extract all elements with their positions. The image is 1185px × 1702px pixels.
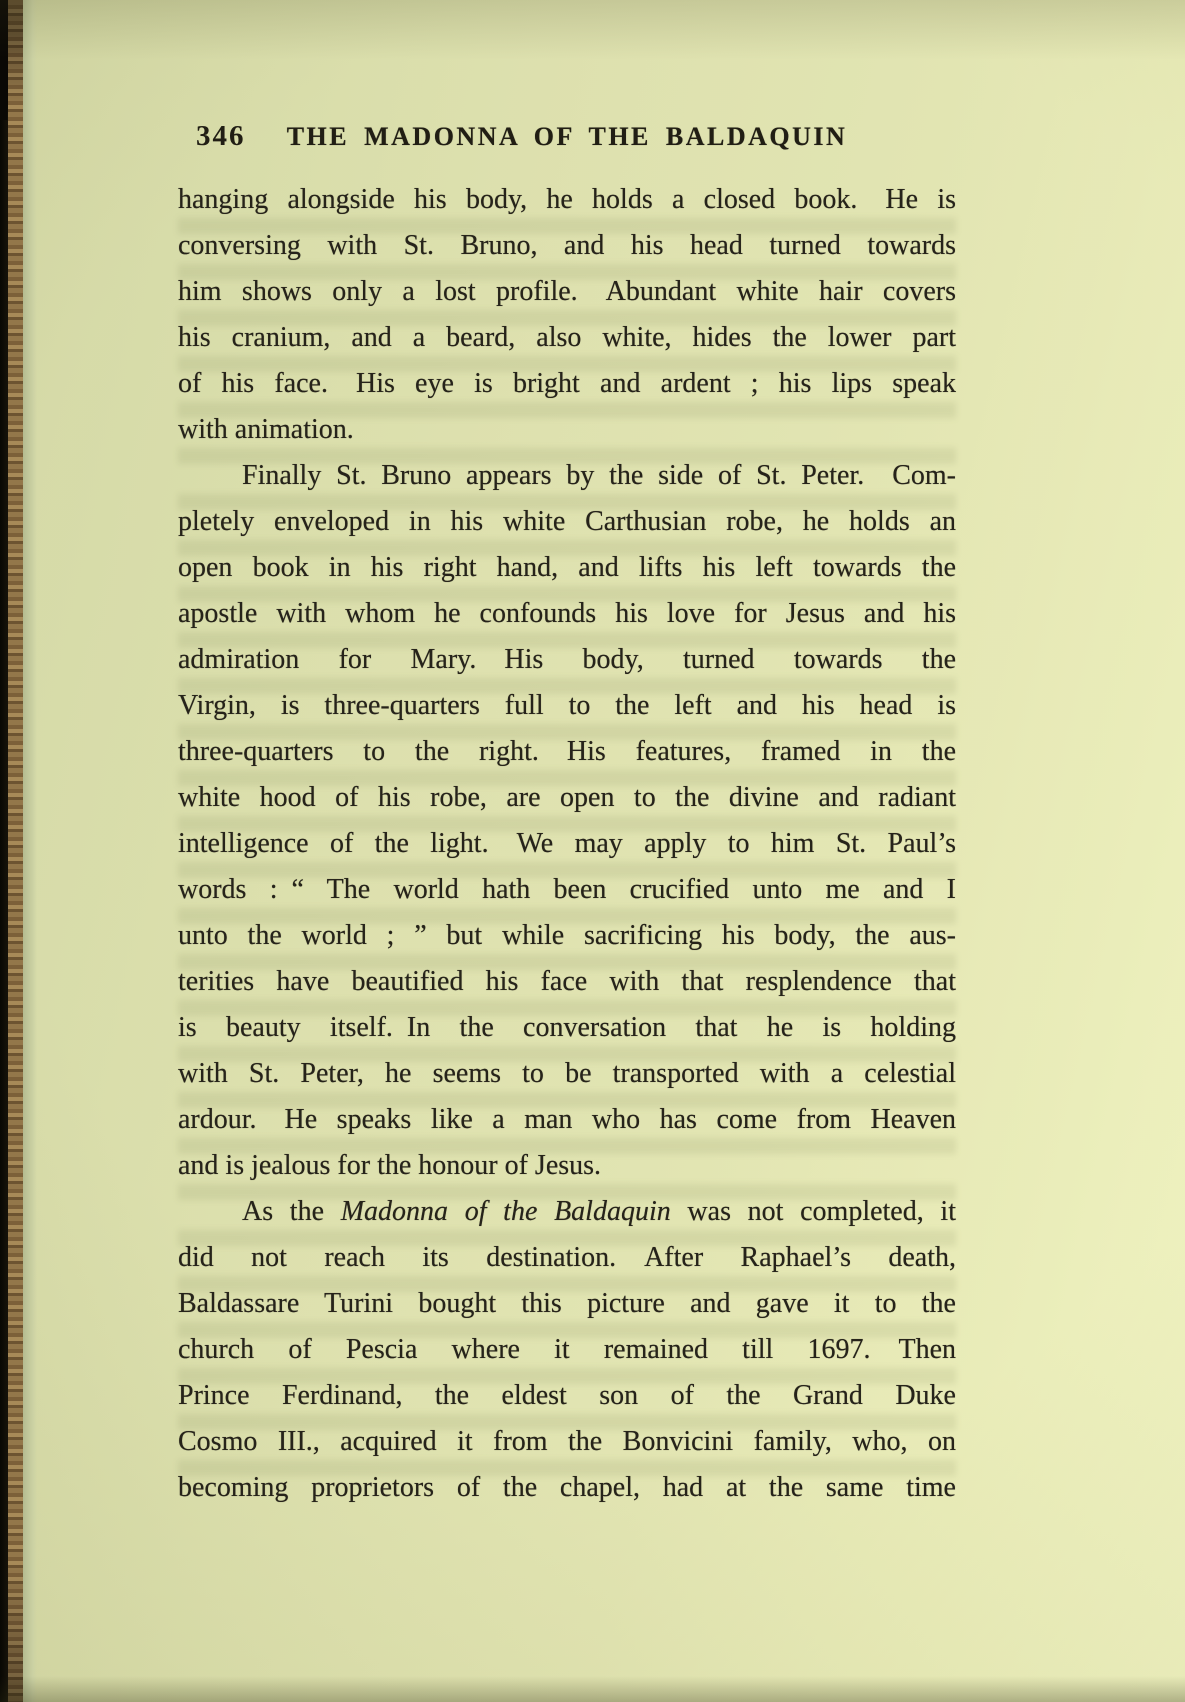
running-header-title: THE MADONNA OF THE BALDAQUIN [178,122,956,152]
text-line: hanging alongside his body, he holds a c… [178,177,956,223]
text-line: Prince Ferdinand, the eldest son of the … [178,1373,956,1419]
text-line: words : “ The world hath been crucified … [178,867,956,913]
text-line: ardour. He speaks like a man who has com… [178,1097,956,1143]
text-line: did not reach its destination. After Rap… [178,1235,956,1281]
text-line: admiration for Mary. His body, turned to… [178,637,956,683]
text-line: is beauty itself. In the conversation th… [178,1005,956,1051]
text-line: with St. Peter, he seems to be transport… [178,1051,956,1097]
text-line: and is jealous for the honour of Jesus. [178,1143,956,1189]
text-line: of his face. His eye is bright and arden… [178,361,956,407]
book-gutter-shadow [0,0,8,1702]
text-line: church of Pescia where it remained till … [178,1327,956,1373]
text-line: three-quarters to the right. His feature… [178,729,956,775]
page-stack-edge [8,0,23,1702]
text-line: As the Madonna of the Baldaquin was not … [178,1189,956,1235]
text-line: terities have beautified his face with t… [178,959,956,1005]
text-line: intelligence of the light. We may apply … [178,821,956,867]
text-line: Cosmo III., acquired it from the Bonvici… [178,1419,956,1465]
top-scan-shadow [0,0,1185,60]
text-line: Baldassare Turini bought this picture an… [178,1281,956,1327]
text-line: white hood of his robe, are open to the … [178,775,956,821]
text-line: him shows only a lost profile. Abundant … [178,269,956,315]
text-line: open book in his right hand, and lifts h… [178,545,956,591]
text-line: his cranium, and a beard, also white, hi… [178,315,956,361]
book-page-scan: 346 THE MADONNA OF THE BALDAQUIN hanging… [0,0,1185,1702]
text-line: with animation. [178,407,956,453]
text-line: becoming proprietors of the chapel, had … [178,1465,956,1511]
page-header: 346 THE MADONNA OF THE BALDAQUIN [178,118,956,158]
body-text: hanging alongside his body, he holds a c… [178,177,956,1511]
text-line: Virgin, is three-quarters full to the le… [178,683,956,729]
text-line: apostle with whom he confounds his love … [178,591,956,637]
text-line: conversing with St. Bruno, and his head … [178,223,956,269]
bottom-scan-shadow [0,1676,1185,1702]
text-line: pletely enveloped in his white Carthusia… [178,499,956,545]
page-edge-highlight [23,0,37,1702]
text-line: unto the world ; ” but while sacrificing… [178,913,956,959]
text-line: Finally St. Bruno appears by the side of… [178,453,956,499]
